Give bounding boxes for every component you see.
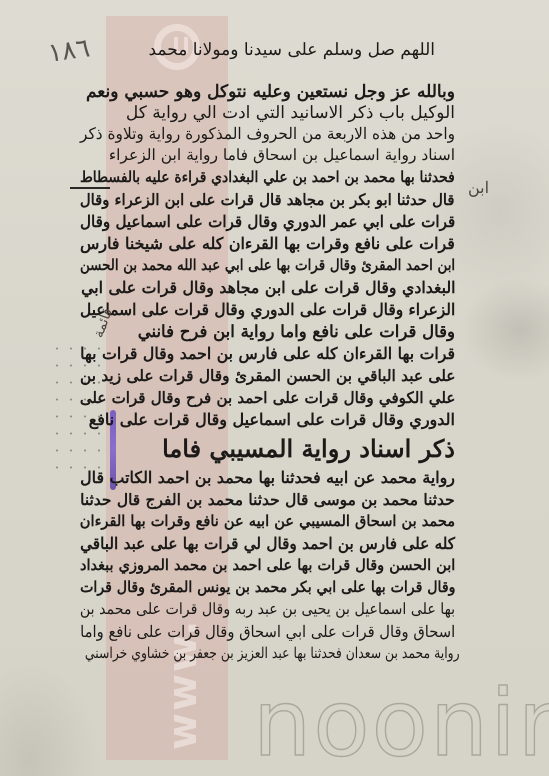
text-line: الوكيل باب ذكر الاسانيد التي ادت الي روا… — [126, 103, 455, 123]
text-line: واحد من هذه الاربعة من الحروف المذكورة ر… — [80, 124, 455, 143]
text-line: قرات على ابي عمر الدوري وقال قرات على اس… — [80, 212, 455, 231]
text-line: وقال قرات على نافع واما رواية ابن فرح فا… — [138, 322, 455, 341]
text-line: بها على اسماعيل بن يحيى بن عبد ربه وقال … — [80, 600, 455, 618]
text-line: ابن احمد المقرئ وقال قرات بها على ابي عب… — [80, 256, 455, 274]
text-line: محمد بن اسحاق المسيبي عن ابيه عن نافع وق… — [80, 512, 455, 530]
text-line: اللهم صل وسلم على سيدنا ومولانا محمد — [149, 40, 436, 60]
text-line: قرات على نافع وقرات بها القرءان كله على … — [80, 234, 455, 253]
manuscript-page: www. noonir ١٨٦ اللهم صل وسلم على سيدنا … — [0, 0, 549, 776]
section-heading: ذكر اسناد رواية المسيبي فاما — [162, 434, 455, 463]
watermark-brand-text: noonir — [253, 684, 549, 764]
text-line: وقال قرات بها على ابي بكر محمد بن يونس ا… — [80, 578, 455, 596]
margin-note: ابن — [468, 178, 489, 197]
underline-rule — [70, 187, 110, 189]
text-line: قال حدثنا ابو بكر بن مجاهد قال قرات على … — [80, 190, 455, 209]
text-line: اسناد رواية اسماعيل بن اسحاق فاما رواية … — [109, 146, 455, 164]
text-line: الدوري وقال قرات على اسماعيل وقال قرات ع… — [89, 410, 455, 429]
page-number: ١٨٦ — [46, 33, 92, 69]
text-line: فحدثنا بها محمد بن احمد بن علي البغدادي … — [80, 168, 455, 186]
text-line: وبالله عز وجل نستعين وعليه نتوكل وهو حسب… — [86, 82, 455, 102]
text-line: اسحاق وقال قرات على ابي اسحاق وقال قرات … — [80, 622, 455, 641]
text-line: الزعراء وقال قرات على الدوري وقال قرات ع… — [80, 300, 455, 319]
text-line: على عبد الباقي بن الحسن المقرئ وقال قرات… — [80, 366, 455, 385]
text-line: رواية محمد عن ابيه فحدثنا بها محمد بن اح… — [80, 468, 455, 487]
text-line: قرات بها القرءان كله على فارس بن احمد وق… — [80, 344, 455, 363]
text-line: حدثنا محمد بن موسى قال حدثنا محمد بن الف… — [80, 490, 455, 509]
text-line: كله على فارس بن احمد وقال لي قرات بها عل… — [80, 534, 455, 553]
text-line: ابن الحسن وقال قرات بها على احمد بن محمد… — [80, 556, 455, 574]
text-line: علي الكوفي وقال قرات على احمد بن فرح وقا… — [79, 388, 455, 407]
text-line: البغدادي وقال قرات على ابن مجاهد وقال قر… — [81, 278, 455, 297]
text-line: رواية محمد بن سعدان فحدثنا بها عبد العزي… — [85, 644, 460, 662]
